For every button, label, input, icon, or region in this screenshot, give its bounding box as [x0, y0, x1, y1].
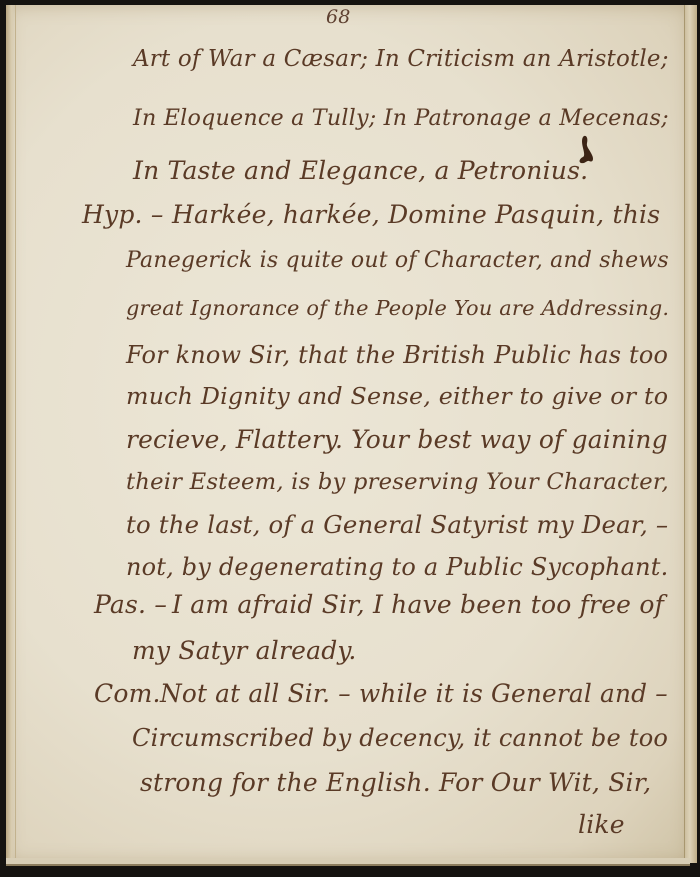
manuscript-line: Art of War a Cæsar; In Criticism an Aris… — [133, 44, 669, 74]
manuscript-line: great Ignorance of the People You are Ad… — [126, 293, 669, 323]
manuscript-line: to the last, of a General Satyrist my De… — [126, 510, 668, 540]
manuscript-line: much Dignity and Sense, either to give o… — [126, 381, 668, 411]
manuscript-line: Harkée, harkée, Domine Pasquin, this — [172, 200, 660, 230]
manuscript-line: I am afraid Sir, I have been too free of — [172, 590, 664, 620]
manuscript-line: In Taste and Elegance, a Petronius. — [133, 156, 588, 186]
manuscript-line: Not at all Sir. – while it is General an… — [160, 679, 668, 709]
page-right-edge — [684, 5, 697, 863]
manuscript-line: For know Sir, that the British Public ha… — [126, 340, 668, 370]
page-number: 68 — [326, 6, 351, 28]
speaker-label: Hyp. – — [82, 200, 164, 230]
manuscript-line: Panegerick is quite out of Character, an… — [126, 246, 669, 276]
manuscript-line: not, by degenerating to a Public Sycopha… — [126, 552, 668, 582]
page-left-edge — [6, 5, 16, 863]
manuscript-line: In Eloquence a Tully; In Patronage a Mec… — [133, 103, 669, 133]
manuscript-line: recieve, Flattery. Your best way of gain… — [126, 425, 668, 455]
manuscript-line: their Esteem, is by preserving Your Char… — [126, 467, 669, 497]
catchword: like — [578, 810, 625, 840]
speaker-label: Com. — [94, 679, 161, 709]
manuscript-line: Circumscribed by decency, it cannot be t… — [132, 723, 668, 753]
speaker-label: Pas. – — [94, 590, 167, 620]
manuscript-line: my Satyr already. — [132, 636, 357, 666]
page-bottom-edge — [6, 858, 690, 866]
manuscript-line: strong for the English. For Our Wit, Sir… — [140, 768, 651, 798]
